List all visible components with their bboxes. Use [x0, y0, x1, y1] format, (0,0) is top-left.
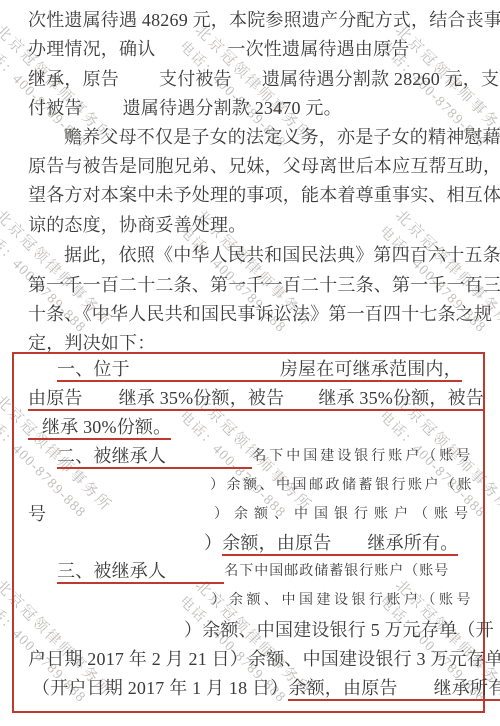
- text-segment: 名下中国邮政储蓄银行账户（账号: [224, 559, 449, 584]
- text-segment: 号: [28, 502, 46, 527]
- text-segment: 第一千一百二十二条、第一千一百二十三条、第一千一百三: [28, 273, 500, 298]
- document-line: ）余额、中国邮政储蓄银行账户（账: [28, 473, 474, 498]
- text-segment: 遗属待遇分割款 28260 元，支: [262, 67, 499, 92]
- text-segment: 赡养父母不仅是子女的法定义务，亦是子女的精神慰藉，: [64, 125, 500, 150]
- underlined-text: 继承 30%份额。: [42, 415, 171, 440]
- text-segment: ）余额、中国建设银行账户（账号: [212, 588, 475, 613]
- document-line: （开户日期 2017 年 1 月 18 日）余额，由原告继承所有。: [28, 676, 478, 701]
- document-line: 继承，原告支付被告遗属待遇分割款 28260 元，支: [28, 67, 474, 92]
- text-segment: 谅的态度，协商妥善处理。: [28, 213, 246, 238]
- text-segment: ）余额、中国建设银行 5 万元存单（开: [184, 618, 494, 643]
- text-segment: ）余额、中国邮政储蓄银行账户（账: [210, 473, 474, 498]
- redacted-blank: [284, 386, 318, 411]
- document-line: 继承 30%份额。: [28, 415, 474, 440]
- document-line: 谅的态度，协商妥善处理。: [28, 213, 474, 238]
- redacted-blank: [166, 559, 224, 584]
- document-line: 由原告继承 35%份额，被告继承 35%份额，被告: [28, 386, 474, 411]
- document-text: 次性遗属待遇 48269 元，本院参照遗产分配方式，结合丧事办理情况，确认一次性…: [0, 0, 500, 726]
- document-line: 次性遗属待遇 48269 元，本院参照遗产分配方式，结合丧事: [28, 8, 474, 33]
- underlined-text: 余额，由原告: [222, 531, 331, 556]
- line-spacer: [46, 502, 214, 527]
- redacted-blank: [83, 96, 123, 121]
- redacted-blank: [155, 37, 227, 62]
- redacted-blank: [130, 357, 280, 382]
- document-line: 赡养父母不仅是子女的法定义务，亦是子女的精神慰藉，: [28, 125, 500, 150]
- document-line: 办理情况，确认一次性遗属待遇由原告: [28, 37, 474, 62]
- underlined-text: 继承所有。: [434, 676, 500, 701]
- underlined-text: 由原告: [28, 386, 83, 411]
- redacted-blank: [83, 386, 119, 411]
- document-line: ）余额，由原告继承所有。: [28, 531, 474, 556]
- text-segment: 继承，原告: [28, 67, 119, 92]
- text-segment: 支付被告: [159, 67, 232, 92]
- text-segment: 定，判决如下：: [28, 331, 155, 356]
- redacted-blank: [331, 531, 367, 556]
- text-segment: ）余额、中国银行账户（账号: [214, 502, 474, 527]
- text-segment: 户日期 2017 年 2 月 21 日）余额、中国建设银行 3 万元存单: [28, 647, 500, 672]
- text-segment: 据此，依照《中华人民共和国民法典》第四百六十五条、: [64, 243, 500, 268]
- text-segment: 一次性遗属待遇由原告: [227, 37, 409, 62]
- document-line: 付被告遗属待遇分割款 23470 元。: [28, 96, 474, 121]
- document-line: 望各方对本案中未予处理的事项，能本着尊重事实、相互体: [28, 183, 474, 208]
- text-segment: 遗属待遇分割款 23470 元。: [123, 96, 342, 121]
- document-line: 户日期 2017 年 2 月 21 日）余额、中国建设银行 3 万元存单: [28, 647, 474, 672]
- underlined-text: 三、被继承人: [57, 559, 166, 584]
- redacted-blank: [166, 444, 252, 469]
- document-line: 二、被继承人名下中国建设银行账户（账号: [28, 444, 500, 469]
- underlined-text: 一、位于: [57, 357, 130, 382]
- document-line: 一、位于房屋在可继承范围内，: [28, 357, 500, 382]
- text-segment: 望各方对本案中未予处理的事项，能本着尊重事实、相互体: [28, 183, 500, 208]
- text-segment: ）: [204, 531, 222, 556]
- redacted-blank: [28, 415, 42, 440]
- text-segment: 原告与被告是同胞兄弟、兄妹，父母离世后本应互帮互助，: [28, 154, 500, 179]
- text-segment: （开户日期 2017 年 1 月 18 日）: [32, 676, 288, 701]
- document-line: 号）余额、中国银行账户（账号: [28, 502, 474, 527]
- redacted-blank: [232, 67, 262, 92]
- document-line: ）余额、中国建设银行账户（账号: [28, 588, 474, 613]
- underlined-text: 继承 35%份额，被告: [318, 386, 484, 411]
- court-judgment-page: 北京冠领律师事务所电话：400-8789-888北京冠领律师事务所电话：400-…: [0, 0, 500, 726]
- document-line: ）余额、中国建设银行 5 万元存单（开: [28, 618, 474, 643]
- text-segment: 付被告: [28, 96, 83, 121]
- text-segment: 办理情况，确认: [28, 37, 155, 62]
- underlined-text: 二、被继承人: [57, 444, 166, 469]
- document-line: 据此，依照《中华人民共和国民法典》第四百六十五条、: [28, 243, 500, 268]
- redacted-blank: [119, 67, 159, 92]
- document-line: 定，判决如下：: [28, 331, 474, 356]
- document-line: 第一千一百二十二条、第一千一百二十三条、第一千一百三: [28, 273, 474, 298]
- underlined-text: 继承 35%份额，被告: [119, 386, 285, 411]
- redacted-blank: [398, 676, 434, 701]
- text-segment: 次性遗属待遇 48269 元，本院参照遗产分配方式，结合丧事: [28, 8, 500, 33]
- underlined-text: 房屋在可继承范围内，: [280, 357, 462, 382]
- redacted-blank: [28, 531, 204, 556]
- redacted-blank: [28, 618, 184, 643]
- underlined-text: 继承所有。: [367, 531, 458, 556]
- document-line: 十条、《中华人民共和国民事诉讼法》第一百四十七条之规: [28, 302, 474, 327]
- document-line: 三、被继承人名下中国邮政储蓄银行账户（账号: [28, 559, 500, 584]
- text-segment: 十条、《中华人民共和国民事诉讼法》第一百四十七条之规: [28, 302, 492, 327]
- underlined-text: 余额，由原告: [288, 676, 397, 701]
- document-line: 原告与被告是同胞兄弟、兄妹，父母离世后本应互帮互助，: [28, 154, 474, 179]
- text-segment: 名下中国建设银行账户（账号: [252, 444, 473, 469]
